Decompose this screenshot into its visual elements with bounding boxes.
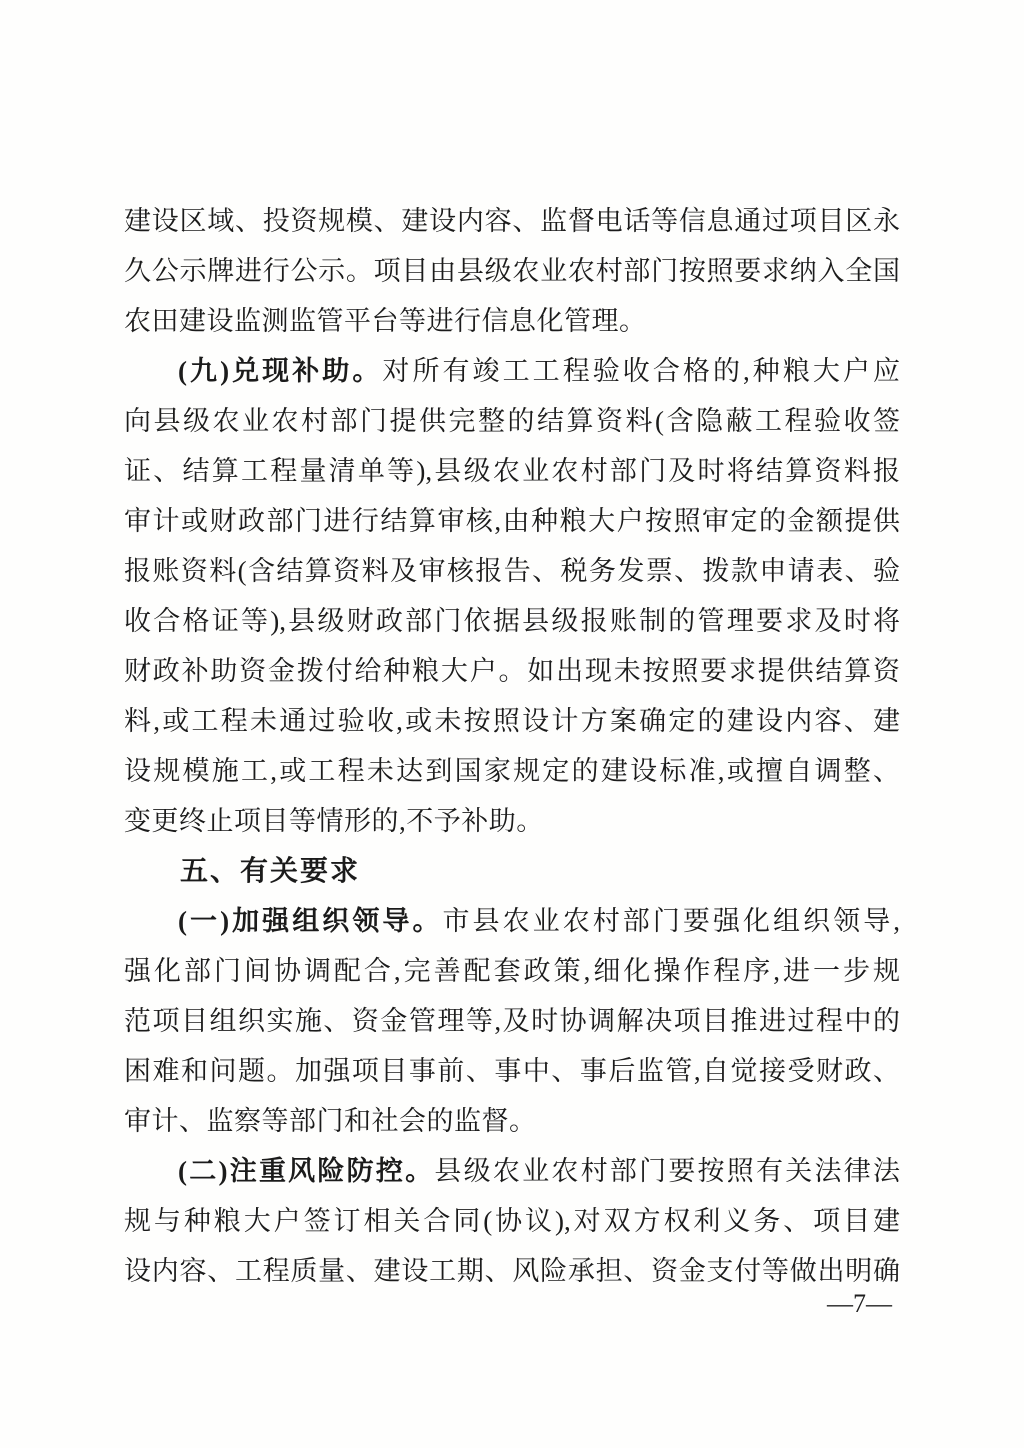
- text-line: 料,或工程未通过验收,或未按照设计方案确定的建设内容、建: [124, 696, 900, 746]
- line-text: 证、结算工程量清单等),县级农业农村部门及时将结算资料报: [124, 456, 900, 486]
- text-line: 向县级农业农村部门提供完整的结算资料(含隐蔽工程验收签: [124, 396, 900, 446]
- line-text: 收合格证等),县级财政部门依据县级报账制的管理要求及时将: [124, 606, 900, 636]
- text-line: (一)加强组织领导。市县农业农村部门要强化组织领导,: [124, 896, 900, 946]
- line-text: 料,或工程未通过验收,或未按照设计方案确定的建设内容、建: [124, 706, 900, 736]
- paragraph-lead-bold: (九)兑现补助。: [178, 356, 382, 386]
- line-text: 范项目组织实施、资金管理等,及时协调解决项目推进过程中的: [124, 1006, 900, 1036]
- text-line: 设内容、工程质量、建设工期、风险承担、资金支付等做出明确: [124, 1246, 900, 1296]
- line-text: 困难和问题。加强项目事前、事中、事后监管,自觉接受财政、: [124, 1056, 900, 1086]
- paragraph-lead-bold: (二)注重风险防控。: [178, 1156, 434, 1186]
- text-line: 财政补助资金拨付给种粮大户。如出现未按照要求提供结算资: [124, 646, 900, 696]
- line-text: 对所有竣工工程验收合格的,种粮大户应: [382, 356, 900, 386]
- text-line: 审计或财政部门进行结算审核,由种粮大户按照审定的金额提供: [124, 496, 900, 546]
- section-heading-text: 五、有关要求: [180, 855, 360, 886]
- text-line: 强化部门间协调配合,完善配套政策,细化操作程序,进一步规: [124, 946, 900, 996]
- text-line: 变更终止项目等情形的,不予补助。: [124, 796, 900, 846]
- line-text: 久公示牌进行公示。项目由县级农业农村部门按照要求纳入全国: [124, 256, 900, 286]
- line-text: 设内容、工程质量、建设工期、风险承担、资金支付等做出明确: [124, 1256, 900, 1286]
- page-number: —7—: [827, 1284, 892, 1324]
- line-text: 财政补助资金拨付给种粮大户。如出现未按照要求提供结算资: [124, 656, 900, 686]
- text-line: (二)注重风险防控。县级农业农村部门要按照有关法律法: [124, 1146, 900, 1196]
- text-line: 建设区域、投资规模、建设内容、监督电话等信息通过项目区永: [124, 196, 900, 246]
- text-line: 审计、监察等部门和社会的监督。: [124, 1096, 900, 1146]
- document-body: 建设区域、投资规模、建设内容、监督电话等信息通过项目区永 久公示牌进行公示。项目…: [124, 196, 900, 1296]
- line-text: 农田建设监测监管平台等进行信息化管理。: [124, 306, 647, 336]
- text-line: 农田建设监测监管平台等进行信息化管理。: [124, 296, 900, 346]
- text-line: 困难和问题。加强项目事前、事中、事后监管,自觉接受财政、: [124, 1046, 900, 1096]
- line-text: 市县农业农村部门要强化组织领导,: [443, 906, 901, 936]
- line-text: 建设区域、投资规模、建设内容、监督电话等信息通过项目区永: [124, 206, 900, 236]
- section-heading: 五、有关要求: [124, 846, 900, 896]
- line-text: 设规模施工,或工程未达到国家规定的建设标准,或擅自调整、: [124, 756, 900, 786]
- text-line: 久公示牌进行公示。项目由县级农业农村部门按照要求纳入全国: [124, 246, 900, 296]
- line-text: 县级农业农村部门要按照有关法律法: [434, 1156, 900, 1186]
- text-line: 设规模施工,或工程未达到国家规定的建设标准,或擅自调整、: [124, 746, 900, 796]
- text-line: 证、结算工程量清单等),县级农业农村部门及时将结算资料报: [124, 446, 900, 496]
- line-text: 审计或财政部门进行结算审核,由种粮大户按照审定的金额提供: [124, 506, 900, 536]
- document-page: 建设区域、投资规模、建设内容、监督电话等信息通过项目区永 久公示牌进行公示。项目…: [0, 0, 1024, 1448]
- line-text: 强化部门间协调配合,完善配套政策,细化操作程序,进一步规: [124, 956, 900, 986]
- text-line: 报账资料(含结算资料及审核报告、税务发票、拨款申请表、验: [124, 546, 900, 596]
- text-line: (九)兑现补助。对所有竣工工程验收合格的,种粮大户应: [124, 346, 900, 396]
- text-line: 规与种粮大户签订相关合同(协议),对双方权利义务、项目建: [124, 1196, 900, 1246]
- text-line: 范项目组织实施、资金管理等,及时协调解决项目推进过程中的: [124, 996, 900, 1046]
- line-text: 报账资料(含结算资料及审核报告、税务发票、拨款申请表、验: [124, 556, 900, 586]
- text-line: 收合格证等),县级财政部门依据县级报账制的管理要求及时将: [124, 596, 900, 646]
- line-text: 变更终止项目等情形的,不予补助。: [124, 806, 544, 836]
- line-text: 向县级农业农村部门提供完整的结算资料(含隐蔽工程验收签: [124, 406, 900, 436]
- line-text: 审计、监察等部门和社会的监督。: [124, 1106, 537, 1136]
- paragraph-lead-bold: (一)加强组织领导。: [178, 906, 443, 936]
- line-text: 规与种粮大户签订相关合同(协议),对双方权利义务、项目建: [124, 1206, 900, 1236]
